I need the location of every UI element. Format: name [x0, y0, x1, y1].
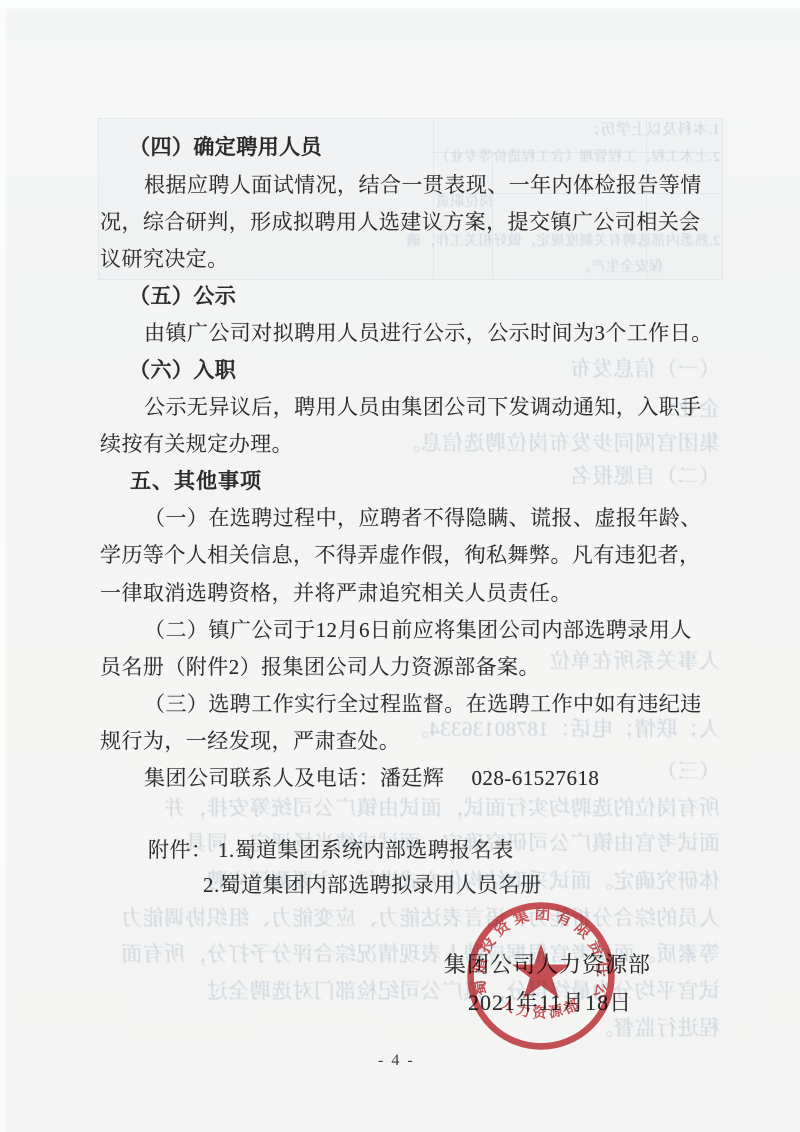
body-line: 规行为，一经发现，严肃查处。 — [100, 725, 400, 753]
bleedthrough-text: 程进行监督。 — [100, 1015, 720, 1041]
page-number: - 4 - — [378, 1052, 415, 1070]
bleedthrough-table-line — [722, 118, 723, 280]
body-line: 况，综合研判，形成拟聘用人选建议方案，提交镇广公司相关会 — [100, 206, 701, 234]
document-page: 1.本科及以上学历； 2.土木工程、工程管理（含工程造价等专业） 岗位职责 2.… — [0, 0, 800, 1132]
attachment-line: 2.蜀道集团内部选聘拟录用人员名册 — [203, 869, 541, 899]
body-line: 公示无异议后，聘用人员由集团公司下发调动通知，入职手 — [144, 391, 702, 419]
body-line: 续按有关规定办理。 — [100, 428, 293, 456]
bleedthrough-text: 保安全生产。 — [493, 259, 663, 277]
bleedthrough-table-line — [98, 118, 722, 119]
bleedthrough-text: 2.土木工程、工程管理（含工程造价等专业） — [433, 149, 720, 167]
bleedthrough-table-line — [98, 118, 99, 280]
body-line: （一）在选聘过程中，应聘者不得隐瞒、谎报、虚报年龄、 — [144, 502, 702, 530]
attachment-line: 附件： 1.蜀道集团系统内部选聘报名表 — [148, 834, 514, 864]
body-line: 一律取消选聘资格，并将严肃追究相关人员责任。 — [100, 577, 572, 605]
bleedthrough-text: 所有岗位的选聘均实行面试，面试由镇广公司统筹安排，并 — [100, 795, 720, 821]
body-line: （二）镇广公司于12月6日前应将集团公司内部选聘录用人 — [144, 614, 692, 642]
body-line: 学历等个人相关信息，不得弄虚作假，徇私舞弊。凡有违犯者， — [100, 539, 701, 567]
official-seal: 蜀道投资集团有限责任公司 人力资源部 — [466, 901, 616, 1051]
bleedthrough-text: 人员的综合分析能力、语言表达能力、应变能力、组织协调能力 — [100, 905, 720, 931]
body-line: 由镇广公司对拟聘用人员进行公示，公示时间为3个工作日。 — [144, 317, 713, 345]
body-line: 根据应聘人面试情况，结合一贯表现、一年内体检报告等情 — [144, 169, 702, 197]
body-line: 员名册（附件2）报集团公司人力资源部备案。 — [100, 651, 540, 679]
seal-star — [512, 944, 570, 999]
body-line: （三）选聘工作实行全过程监督。在选聘工作中如有违纪违 — [144, 688, 702, 716]
section-heading: 五、其他事项 — [130, 465, 262, 493]
section-heading: （四）确定聘用人员 — [129, 131, 322, 159]
bleedthrough-text: 1.本科及以上学历； — [433, 121, 720, 140]
section-heading: （五）公示 — [129, 280, 236, 308]
section-heading: （六）入职 — [129, 354, 236, 382]
contact-line: 集团公司联系人及电话：潘廷辉 028-61527618 — [144, 762, 599, 790]
bleedthrough-table-line — [646, 118, 647, 280]
body-line: 议研究决定。 — [100, 243, 229, 271]
bleedthrough-text: 2.熟悉内部选聘有关制度规定，做好相关工作，确 — [433, 233, 720, 251]
seal-department-text: 人力资源部 — [498, 995, 584, 1021]
